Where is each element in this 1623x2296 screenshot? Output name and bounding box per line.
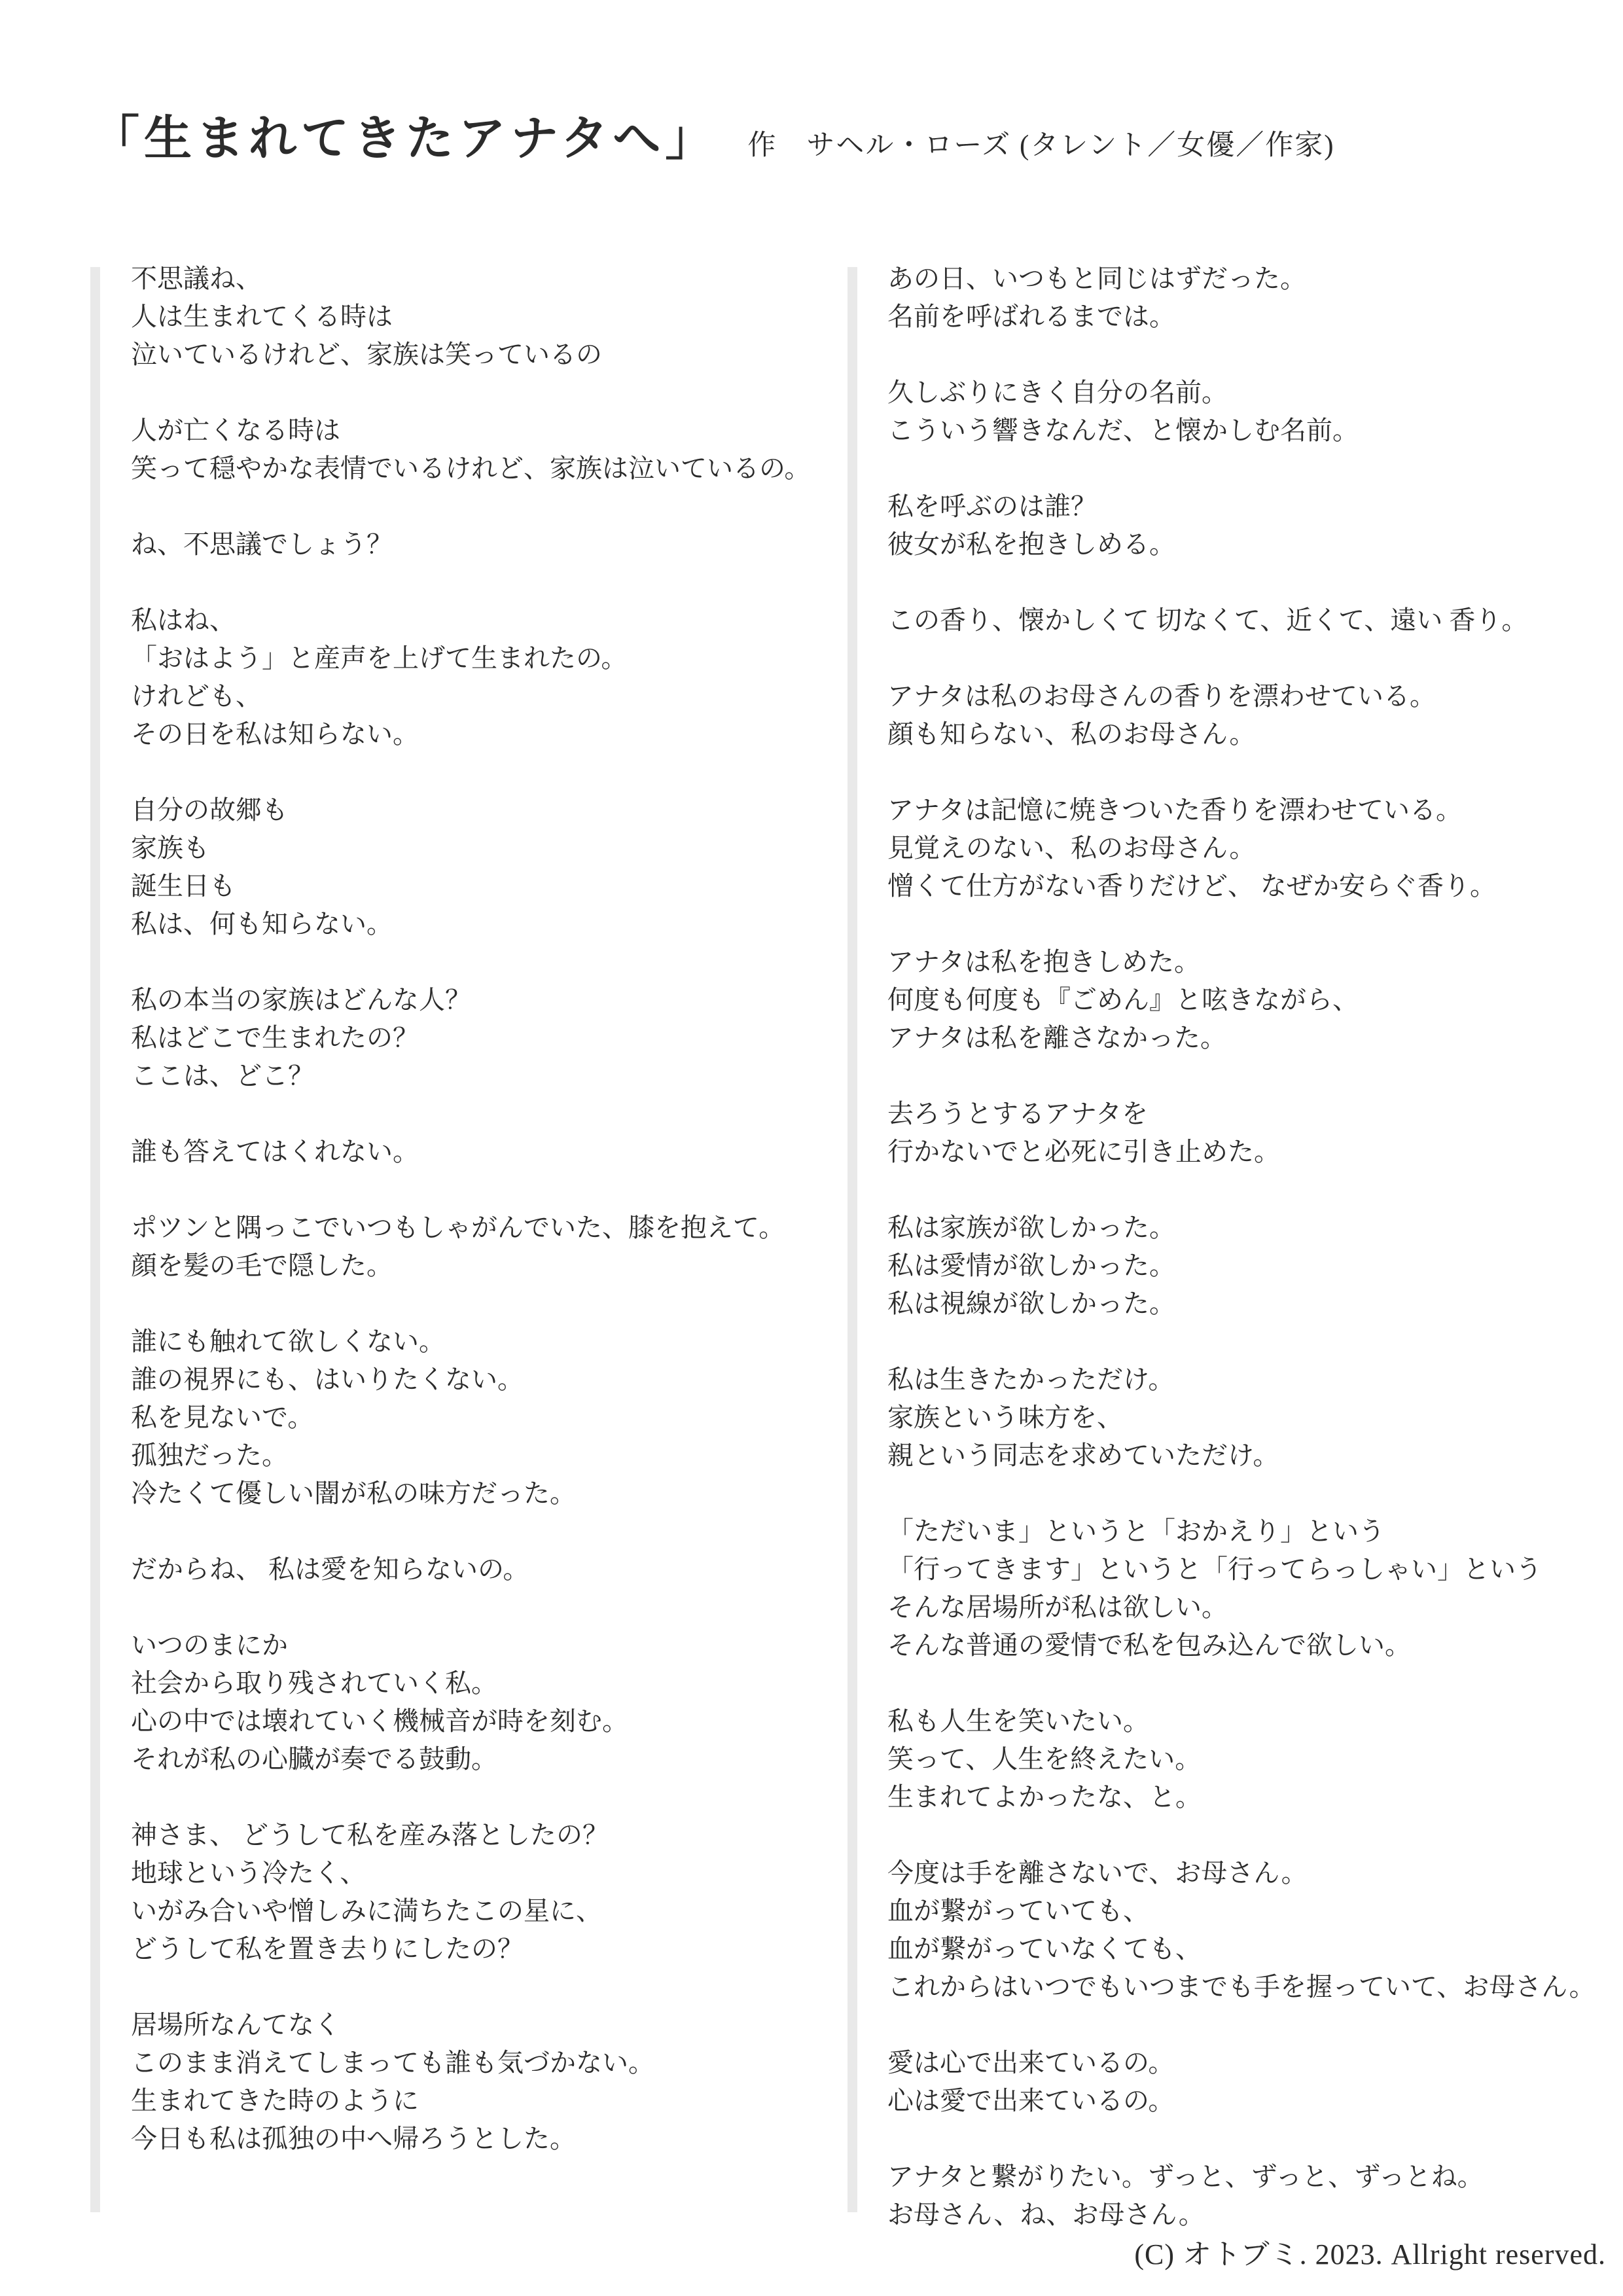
header: 「生まれてきたアナタへ」 作 サヘル・ローズ (タレント／女優／作家) (92, 110, 1335, 168)
stanza: だからね、 私は愛を知らないの。 (131, 1551, 825, 1588)
stanza: アナタは私を抱きしめた。 何度も何度も『ごめん』と呟きながら、 アナタは私を離さ… (887, 943, 1601, 1057)
stanza: 久しぶりにきく自分の名前。 こういう響きなんだ、と懐かしむ名前。 (887, 374, 1601, 450)
stanza: 私も人生を笑いたい。 笑って、人生を終えたい。 生まれてよかったな、と。 (887, 1702, 1601, 1816)
stanza: アナタと繋がりたい。ずっと、ずっと、ずっとね。 お母さん、ね、お母さん。 (887, 2158, 1601, 2234)
stanza: ね、不思議でしょう？ (131, 526, 825, 564)
stanza: アナタは私のお母さんの香りを漂わせている。 顔も知らない、私のお母さん。 (887, 677, 1601, 753)
right-column-accent-bar (847, 267, 857, 2212)
right-column-text: あの日、いつもと同じはずだった。 名前を呼ばれるまでは。久しぶりにきく自分の名前… (887, 260, 1601, 2234)
stanza: あの日、いつもと同じはずだった。 名前を呼ばれるまでは。 (887, 260, 1601, 336)
poem-title: 「生まれてきたアナタへ」 (92, 110, 717, 168)
stanza: アナタは記憶に焼きついた香りを漂わせている。 見覚えのない、私のお母さん。 憎く… (887, 791, 1601, 905)
left-column-accent-bar (90, 267, 100, 2212)
stanza: 人が亡くなる時は 笑って穏やかな表情でいるけれど、家族は泣いているの。 (131, 412, 825, 488)
stanza: この香り、懐かしくて 切なくて、近くて、遠い 香り。 (887, 601, 1601, 639)
stanza: 誰も答えてはくれない。 (131, 1133, 825, 1171)
stanza: 神さま、 どうして私を産み落としたの？ 地球という冷たく、 いがみ合いや憎しみに… (131, 1816, 825, 1968)
stanza: 自分の故郷も 家族も 誕生日も 私は、何も知らない。 (131, 791, 825, 943)
author-credit: 作 サヘル・ローズ (タレント／女優／作家) (747, 123, 1334, 163)
stanza: 愛は心で出来ているの。 心は愛で出来ているの。 (887, 2044, 1601, 2120)
document-page: 「生まれてきたアナタへ」 作 サヘル・ローズ (タレント／女優／作家) 不思議ね… (0, 0, 1623, 2296)
stanza: 私は家族が欲しかった。 私は愛情が欲しかった。 私は視線が欲しかった。 (887, 1209, 1601, 1323)
stanza: 私の本当の家族はどんな人？ 私はどこで生まれたの？ ここは、どこ？ (131, 981, 825, 1095)
stanza: 今度は手を離さないで、お母さん。 血が繋がっていても、 血が繋がっていなくても、… (887, 1854, 1601, 2006)
stanza: 私は生きたかっただけ。 家族という味方を、 親という同志を求めていただけ。 (887, 1361, 1601, 1475)
stanza: ポツンと隅っこでいつもしゃがんでいた、膝を抱えて。 顔を髪の毛で隠した。 (131, 1209, 825, 1285)
stanza: 居場所なんてなく このまま消えてしまっても誰も気づかない。 生まれてきた時のよう… (131, 2006, 825, 2158)
stanza: 私はね、 「おはよう」と産声を上げて生まれたの。 けれども、 その日を私は知らな… (131, 601, 825, 753)
stanza: 「ただいま」というと「おかえり」という 「行ってきます」というと「行ってらっしゃ… (887, 1513, 1601, 1664)
left-column-text: 不思議ね、 人は生まれてくる時は 泣いているけれど、家族は笑っているの人が亡くな… (131, 260, 825, 2158)
copyright-footer: (C) オトブミ. 2023. Allright reserved. (1134, 2231, 1606, 2272)
stanza: いつのまにか 社会から取り残されていく私。 心の中では壊れていく機械音が時を刻む… (131, 1626, 825, 1778)
stanza: 誰にも触れて欲しくない。 誰の視界にも、はいりたくない。 私を見ないで。 孤独だ… (131, 1323, 825, 1513)
stanza: 去ろうとするアナタを 行かないでと必死に引き止めた。 (887, 1095, 1601, 1171)
stanza: 不思議ね、 人は生まれてくる時は 泣いているけれど、家族は笑っているの (131, 260, 825, 374)
stanza: 私を呼ぶのは誰？ 彼女が私を抱きしめる。 (887, 488, 1601, 564)
